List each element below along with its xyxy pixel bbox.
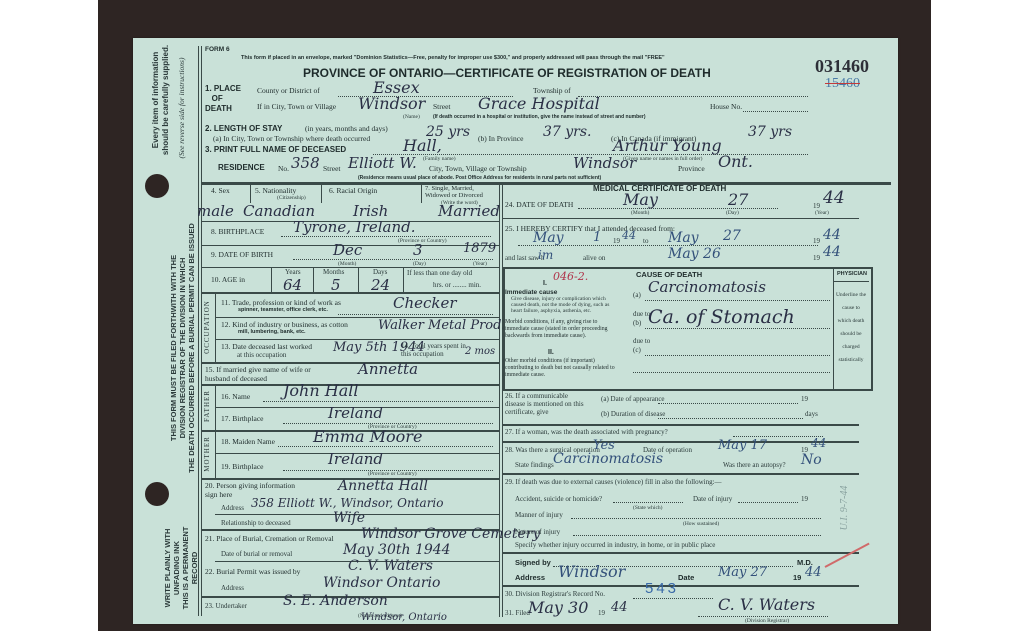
external-causes-label: 29. If death was due to external causes … xyxy=(505,478,722,486)
sex-divider xyxy=(250,185,251,203)
margin-see-reverse: (See reverse side for instructions) xyxy=(177,38,186,178)
place-of-death-label: 1. PLACE OFDEATH xyxy=(205,84,249,114)
column-divider xyxy=(499,185,500,617)
other-conditions-line xyxy=(633,372,830,373)
residence-no-value: 358 xyxy=(291,154,320,172)
nationality-divider xyxy=(321,185,322,203)
operation-date-value: May 17 xyxy=(718,438,767,453)
last-saw-suffix: im xyxy=(538,248,553,262)
trade-line xyxy=(338,314,493,315)
residence-street-value: Elliott W. xyxy=(348,154,417,172)
row-divider-9 xyxy=(201,267,499,268)
sex-value: male xyxy=(197,202,234,220)
dob-line xyxy=(293,259,493,260)
write-plainly-line-1: WRITE PLAINLY WITH xyxy=(163,513,172,623)
write-plainly-line-2: UNFADING INK xyxy=(172,513,181,623)
manner-line xyxy=(571,518,821,519)
nature-label: Nature of injury xyxy=(515,528,560,536)
dob-year: 1879 xyxy=(463,241,496,256)
mother-birthplace-hint: (Province or Country) xyxy=(368,471,417,477)
attended-to-day: 27 xyxy=(723,228,741,244)
nature-line xyxy=(573,535,821,536)
signature-date-label: Date xyxy=(678,573,694,582)
death-certificate: Every item of information should be care… xyxy=(133,38,898,624)
physician-divider xyxy=(833,267,834,389)
alive-on-label: alive on xyxy=(583,254,605,262)
residence-city-value: Windsor xyxy=(573,154,636,172)
father-name-label: 16. Name xyxy=(221,392,250,401)
residence-province-value: Ont. xyxy=(718,152,753,171)
pregnancy-label: 27. If a woman, was the death associated… xyxy=(505,428,668,436)
burial-place-label: 21. Place of Burial, Cremation or Remova… xyxy=(205,534,334,543)
name-hint: (Name) xyxy=(403,114,420,120)
registrar-line xyxy=(698,616,828,617)
injury-place-label: Specify whether injury occurred in indus… xyxy=(515,541,715,549)
record-no-label: 30. Division Registrar's Record No. xyxy=(505,590,605,598)
filed-notice-line-2: DIVISION REGISTRAR OF THE DIVISION IN WH… xyxy=(178,178,187,518)
row-divider-signature xyxy=(503,585,859,587)
side-annotation: U.I. 9-7-44 xyxy=(839,468,850,548)
form-number: FORM 6 xyxy=(205,46,230,53)
marital-value: Married xyxy=(438,202,500,220)
header-divider xyxy=(201,182,891,185)
stay-province-label: (b) In Province xyxy=(478,134,523,143)
immediate-cause-label: Immediate cause xyxy=(505,289,557,296)
signed-by-label: Signed by xyxy=(515,558,551,567)
permit-label: 22. Burial Permit was issued by xyxy=(205,567,300,576)
filed-year-value: 44 xyxy=(611,600,628,615)
alive-on-date: May 26 xyxy=(668,246,721,262)
street-value: Grace Hospital xyxy=(478,94,600,113)
accident-label: Accident, suicide or homicide? xyxy=(515,495,602,503)
spouse-value: Annetta xyxy=(358,360,418,378)
industry-label: 12. Kind of industry or business, as cot… xyxy=(221,320,348,329)
margin-write-plainly: WRITE PLAINLY WITH UNFADING INK THIS IS … xyxy=(163,513,199,623)
dod-day-hint: (Day) xyxy=(726,210,739,216)
dod-month: May xyxy=(623,190,658,209)
informant-address-label: Address xyxy=(221,504,244,512)
margin-rule xyxy=(198,46,199,616)
record-no-line xyxy=(633,598,713,599)
mother-name-line xyxy=(278,446,493,447)
attended-to-year-prefix: 19 xyxy=(813,237,820,245)
attended-from-year: 44 xyxy=(622,229,636,242)
racial-origin-label: 6. Racial Origin xyxy=(329,186,377,195)
dob-month: Dec xyxy=(333,241,362,259)
hospital-hint: (If death occurred in a hospital or inst… xyxy=(433,114,646,120)
permit-address-value: Windsor Ontario xyxy=(323,575,440,591)
cause-a-line xyxy=(645,300,830,301)
dod-year-prefix: 19 xyxy=(813,202,820,210)
street-label: Street xyxy=(433,102,451,111)
father-birthplace-value: Ireland xyxy=(328,404,383,422)
relationship-value: Wife xyxy=(333,510,365,526)
dob-label: 9. DATE OF BIRTH xyxy=(211,250,273,259)
findings-label: State findings xyxy=(515,461,554,469)
age-days-label: Days xyxy=(373,268,387,276)
residence-no-label: No. xyxy=(278,164,289,173)
signature-address-label: Address xyxy=(515,573,545,582)
undertaker-address-value: Windsor, Ontario xyxy=(361,612,447,623)
deceased-name-label: 3. PRINT FULL NAME OF DECEASED xyxy=(205,145,346,154)
undertaker-label: 23. Undertaker xyxy=(205,602,247,610)
due-to-label-2: due to xyxy=(633,337,650,345)
injury-date-label: Date of injury xyxy=(693,495,732,503)
immediate-cause-hint: Give disease, injury or complication whi… xyxy=(511,296,621,314)
certify-label: 25. I HEREBY CERTIFY that I attended dec… xyxy=(505,224,675,233)
stay-province-value: 37 yrs. xyxy=(543,124,592,140)
physician-rule xyxy=(833,281,869,282)
margin-instruction: Every item of information should be care… xyxy=(151,30,171,170)
filed-notice-line-1: THIS FORM MUST BE FILED FORTHWITH WITH T… xyxy=(169,178,178,518)
autopsy-value: No xyxy=(801,452,822,468)
margin-filed-notice: THIS FORM MUST BE FILED FORTHWITH WITH T… xyxy=(169,178,196,518)
total-years-value: 2 mos xyxy=(465,346,495,357)
city-label: If in City, Town or Village xyxy=(257,102,336,111)
age-label: 10. AGE in xyxy=(211,275,245,284)
occupation-divider xyxy=(215,294,216,362)
total-years-label: 14. Total years spent in this occupation xyxy=(401,342,471,358)
cause-b-line xyxy=(645,328,830,329)
filed-date-value: May 30 xyxy=(528,598,588,617)
state-which-hint: (State which) xyxy=(633,505,662,511)
mother-birthplace-label: 19. Birthplace xyxy=(221,462,264,471)
punch-hole-top xyxy=(145,174,169,198)
age-months-label: Months xyxy=(323,268,344,276)
struck-serial-number: 15460 xyxy=(825,76,860,92)
residence-street-label: Street xyxy=(323,164,341,173)
filed-label: 31. Filed xyxy=(505,609,530,617)
hrs-min-label: hrs. or ........ min. xyxy=(433,281,481,289)
row-divider-26 xyxy=(503,424,859,426)
appearance-label: (a) Date of appearance xyxy=(601,395,665,403)
age-divider-3 xyxy=(358,267,359,292)
mother-name-value: Emma Moore xyxy=(313,427,422,446)
deceased-given-names: Arthur Young xyxy=(613,136,722,155)
row-divider-27 xyxy=(503,441,859,443)
serial-number: 031460 xyxy=(815,56,869,77)
stay-city-label: (a) In City, Town or Township where deat… xyxy=(213,134,370,143)
trade-hint: spinner, teamster, office clerk, etc. xyxy=(238,307,328,313)
write-plainly-line-3: THIS IS A PERMANENT xyxy=(181,513,190,623)
other-conditions-label: Other morbid conditions (if important) c… xyxy=(505,358,623,379)
nationality-hint: (Citizenship) xyxy=(277,195,306,201)
row-divider-14 xyxy=(201,362,499,364)
dod-year-hint: (Year) xyxy=(815,210,829,216)
mail-notice: This form if placed in an envelope, mark… xyxy=(241,55,665,61)
dob-day: 3 xyxy=(413,241,423,259)
dod-label: 24. DATE OF DEATH xyxy=(505,200,573,209)
father-side-label: FATHER xyxy=(203,386,211,426)
attended-to-label: to xyxy=(643,237,648,245)
operation-year: 44 xyxy=(811,436,826,450)
row-divider-24 xyxy=(503,218,859,219)
autopsy-label: Was there an autopsy? xyxy=(723,461,786,469)
signature-year-prefix: 19 xyxy=(793,573,801,582)
age-divider-1 xyxy=(271,267,272,292)
informant-address-value: 358 Elliott W., Windsor, Ontario xyxy=(251,496,444,510)
industry-hint: mill, lumbering, bank, etc. xyxy=(238,329,306,335)
cause-a-value: Carcinomatosis xyxy=(648,278,766,296)
mother-side-label: MOTHER xyxy=(203,434,211,474)
father-name-value: John Hall xyxy=(283,381,358,400)
punch-hole-bottom xyxy=(145,482,169,506)
sex-label: 4. Sex xyxy=(211,186,230,195)
certificate-title: PROVINCE OF ONTARIO—CERTIFICATE OF REGIS… xyxy=(303,66,711,80)
medical-heading: MEDICAL CERTIFICATE OF DEATH xyxy=(593,184,726,193)
burial-date-value: May 30th 1944 xyxy=(343,542,451,558)
registrar-signature: C. V. Waters xyxy=(718,595,815,614)
permit-address-label: Address xyxy=(221,584,244,592)
cause-b-label: (b) xyxy=(633,319,641,327)
birthplace-line xyxy=(281,236,491,237)
duration-line xyxy=(658,418,803,419)
attended-from-year-prefix: 19 xyxy=(613,237,620,245)
residence-hint: (Residence means usual place of abode. P… xyxy=(358,175,601,181)
duration-label: (b) Duration of disease xyxy=(601,410,665,418)
father-birthplace-label: 17. Birthplace xyxy=(221,414,264,423)
injury-year-prefix: 19 xyxy=(801,495,808,503)
nationality-label: 5. Nationality xyxy=(255,186,296,195)
morbid-conditions-label: Morbid conditions, if any, giving rise t… xyxy=(505,319,623,340)
communicable-label: 26. If a communicable disease is mention… xyxy=(505,392,585,416)
burial-date-label: Date of burial or removal xyxy=(221,550,292,558)
classification-code: 046-2. xyxy=(553,270,588,283)
last-worked-label: 13. Date deceased last worked xyxy=(221,342,312,351)
birthplace-label: 8. BIRTHPLACE xyxy=(211,227,264,236)
undertaker-value: S. E. Anderson xyxy=(283,593,388,609)
county-label: County or District of xyxy=(257,86,320,95)
residence-label: RESIDENCE xyxy=(218,163,265,172)
appearance-year-prefix: 19 xyxy=(801,395,808,403)
how-sustained-hint: (How sustained) xyxy=(683,521,719,527)
other-conditions-num: II. xyxy=(548,349,554,356)
duration-days-label: days xyxy=(805,410,818,418)
surname-hint: (Family name) xyxy=(423,156,456,162)
signature-address-value: Windsor xyxy=(558,562,625,581)
appearance-line xyxy=(658,403,798,404)
cause-b-value: Ca. of Stomach xyxy=(648,306,795,328)
physician-heading: PHYSICIAN xyxy=(837,271,867,277)
accident-line xyxy=(613,502,683,503)
relationship-label: Relationship to deceased xyxy=(221,519,291,527)
record-no-value: 543 xyxy=(645,580,679,597)
pregnancy-line xyxy=(733,436,823,437)
township-line xyxy=(578,96,808,97)
filed-year-prefix: 19 xyxy=(598,609,605,617)
father-divider xyxy=(215,386,216,430)
residence-city-label: City, Town, Village or Township xyxy=(429,164,527,173)
margin-should-be: should be carefully supplied. xyxy=(161,30,171,170)
stay-canada-value: 37 yrs xyxy=(748,124,792,140)
permit-by-value: C. V. Waters xyxy=(348,558,433,574)
row-divider-28 xyxy=(503,473,859,475)
cause-c-label: (c) xyxy=(633,346,641,354)
manner-label: Manner of injury xyxy=(515,511,563,519)
city-value: Windsor xyxy=(358,94,425,113)
mother-name-label: 18. Maiden Name xyxy=(221,437,275,446)
signature-year: 44 xyxy=(805,565,822,580)
attended-from-day: 1 xyxy=(593,230,601,245)
alive-year: 44 xyxy=(823,244,841,260)
filed-notice-line-3: THE DEATH OCCURRED BEFORE A BURIAL PERMI… xyxy=(187,178,196,518)
attended-to-year: 44 xyxy=(823,227,841,243)
father-name-line xyxy=(263,401,493,402)
residence-province-label: Province xyxy=(678,164,705,173)
house-no-label: House No. xyxy=(710,102,742,111)
trade-label: 11. Trade, profession or kind of work as xyxy=(221,298,341,307)
informant-name: Annetta Hall xyxy=(338,478,428,494)
dod-year: 44 xyxy=(823,188,845,208)
margin-every-item: Every item of information xyxy=(151,30,161,170)
injury-date-line xyxy=(738,502,798,503)
industry-value: Walker Metal Prod. xyxy=(378,318,506,333)
dod-month-hint: (Month) xyxy=(631,210,649,216)
physician-note: Underline the cause to which death shoul… xyxy=(835,289,867,367)
trade-value: Checker xyxy=(393,294,457,312)
racial-divider xyxy=(421,185,422,203)
signature-date-value: May 27 xyxy=(718,565,767,580)
marital-label: 7. Single, Married, Widowed or Divorced xyxy=(425,185,499,199)
immediate-cause-num: I. xyxy=(543,280,547,287)
alive-year-prefix: 19 xyxy=(813,254,820,262)
burial-place-value: Windsor Grove Cemetery xyxy=(361,526,540,542)
mother-divider xyxy=(215,432,216,478)
length-of-stay-hint: (in years, months and days) xyxy=(305,124,388,133)
birthplace-value: Tyrone, Ireland. xyxy=(293,218,416,236)
less-than-day-label: If less than one day old xyxy=(407,269,472,277)
house-no-line xyxy=(743,111,808,112)
age-years-label: Years xyxy=(285,268,301,276)
findings-value: Carcinomatosis xyxy=(553,451,663,467)
last-worked-hint: at this occupation xyxy=(237,351,286,359)
age-divider-4 xyxy=(403,267,404,292)
cause-a-label: (a) xyxy=(633,291,641,299)
cause-c-line xyxy=(645,355,830,356)
row-divider-29 xyxy=(503,552,859,554)
attended-to-month: May xyxy=(668,230,699,246)
age-divider-2 xyxy=(313,267,314,292)
dod-day: 27 xyxy=(728,190,748,209)
registrar-hint: (Division Registrar) xyxy=(745,618,789,624)
attended-from-month: May xyxy=(533,230,564,246)
deceased-surname: Hall, xyxy=(403,136,442,155)
mother-birthplace-value: Ireland xyxy=(328,450,383,468)
length-of-stay-label: 2. LENGTH OF STAY xyxy=(205,124,282,133)
occupation-side-label: OCCUPATION xyxy=(203,294,211,360)
